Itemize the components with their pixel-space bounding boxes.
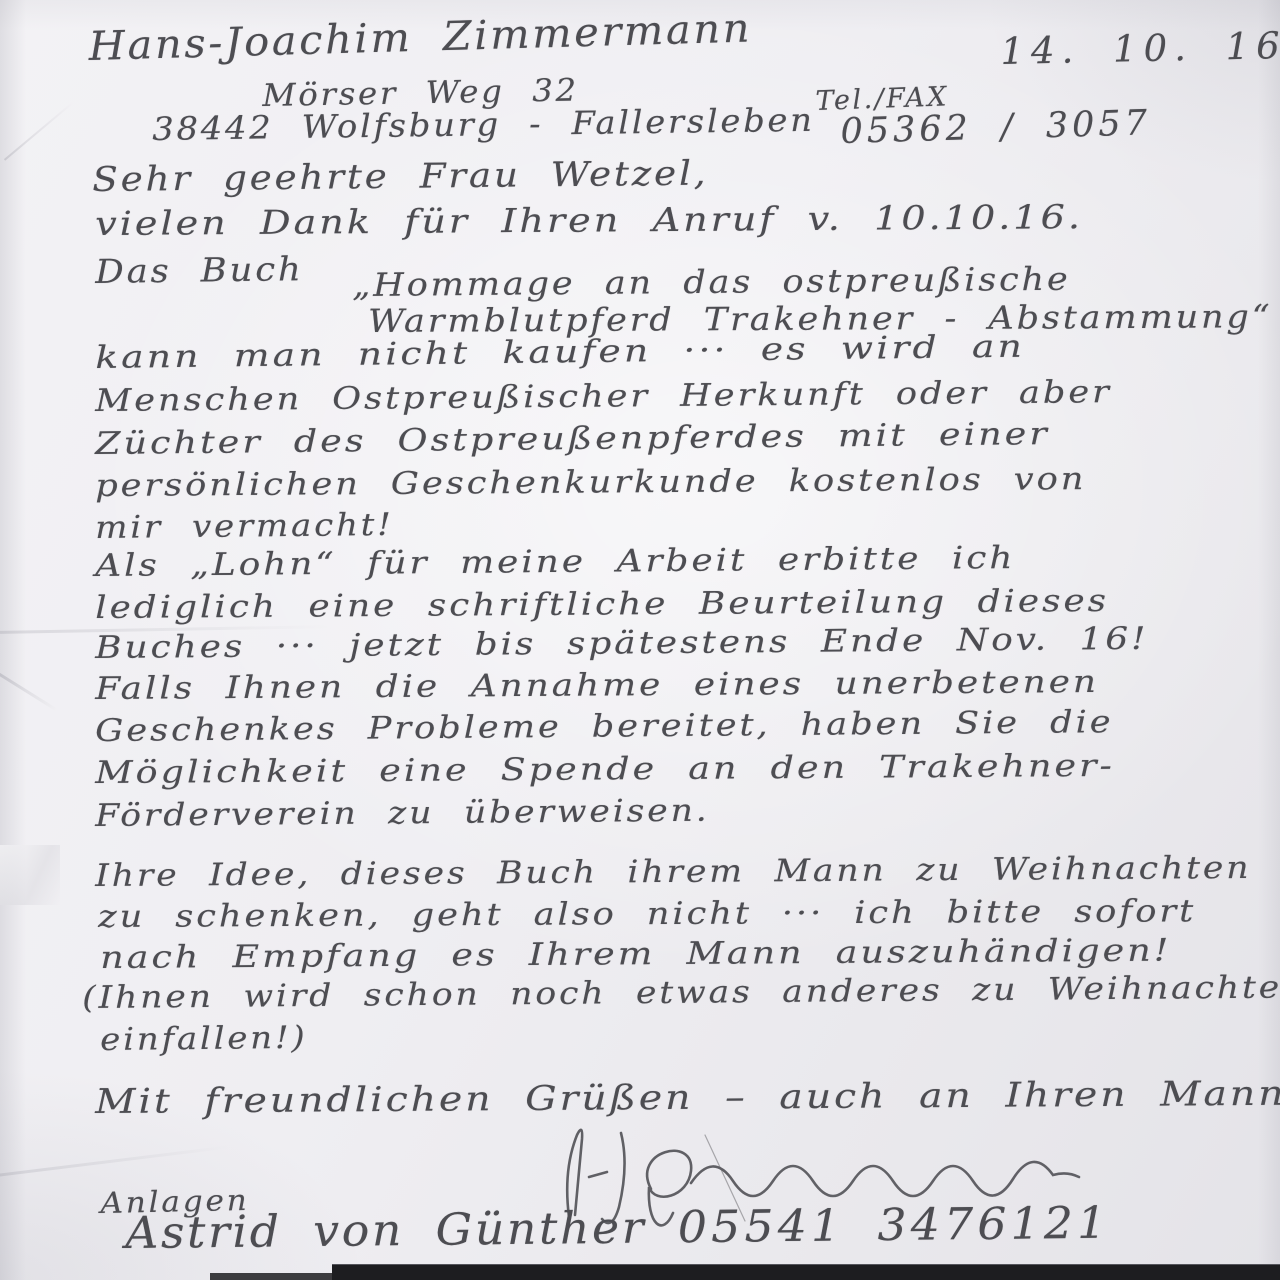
book-intro: Das Buch [95,249,304,291]
scan-edge-band [332,1264,1280,1280]
letter-line: Förderverein zu überweisen. [95,793,710,834]
letter-line: Züchter des Ostpreußenpferdes mit einer [95,416,1050,462]
letter-line: Als „Lohn“ für meine Arbeit erbitte ich [95,540,1016,584]
closing-line: Mit freundlichen Grüßen – auch an Ihren … [95,1074,1280,1122]
letter-line: nach Empfang es Ihrem Mann auszuhändigen… [100,933,1171,976]
footer-contact: Astrid von Günther 05541 3476121 [125,1198,1111,1259]
footer-contact-phone: 05541 3476121 [678,1198,1111,1254]
letter-line: lediglich eine schriftliche Beurteilung … [95,583,1109,626]
sender-name: Hans-Joachim Zimmermann [88,5,753,70]
letter-line: kann man nicht kaufen ··· es wird an [95,329,1025,376]
telefax-number: 05362 / 3057 [840,103,1151,152]
book-title-line1: „Hommage an das ostpreußische [352,260,1071,304]
letter-line: Geschenkes Probleme bereitet, haben Sie … [95,704,1114,749]
letter-date: 14. 10. 16 [1000,24,1280,73]
thanks-line: vielen Dank für Ihren Anruf v. 10.10.16. [95,197,1083,243]
letter-page: Hans-Joachim Zimmermann Mörser Weg 32 38… [0,0,1280,1280]
edge-crease [0,672,57,712]
corner-crease [4,101,74,160]
letter-line: (Ihnen wird schon noch etwas anderes zu … [82,969,1280,1016]
footer-contact-name: Astrid von Günther [125,1203,646,1259]
mid-left-crease [0,845,60,905]
letter-line: Ihre Idee, dieses Buch ihrem Mann zu Wei… [95,850,1251,894]
letter-line: persönlichen Geschenkurkunde kostenlos v… [95,461,1086,504]
letter-line: Menschen Ostpreußischer Herkunft oder ab… [95,374,1112,419]
letter-line: Buches ··· jetzt bis spätestens Ende Nov… [95,621,1149,666]
letter-line: mir vermacht! [95,507,394,546]
sender-city: 38442 Wolfsburg - Fallersleben [152,101,815,148]
letter-line: Falls Ihnen die Annahme eines unerbetene… [95,664,1099,707]
bottom-crease [0,1145,229,1177]
letter-line: zu schenken, geht also nicht ··· ich bit… [98,893,1196,935]
letter-line: Möglichkeit eine Spende an den Trakehner… [95,748,1115,791]
letter-line: einfallen!) [100,1020,308,1058]
salutation: Sehr geehrte Frau Wetzel, [92,154,709,200]
